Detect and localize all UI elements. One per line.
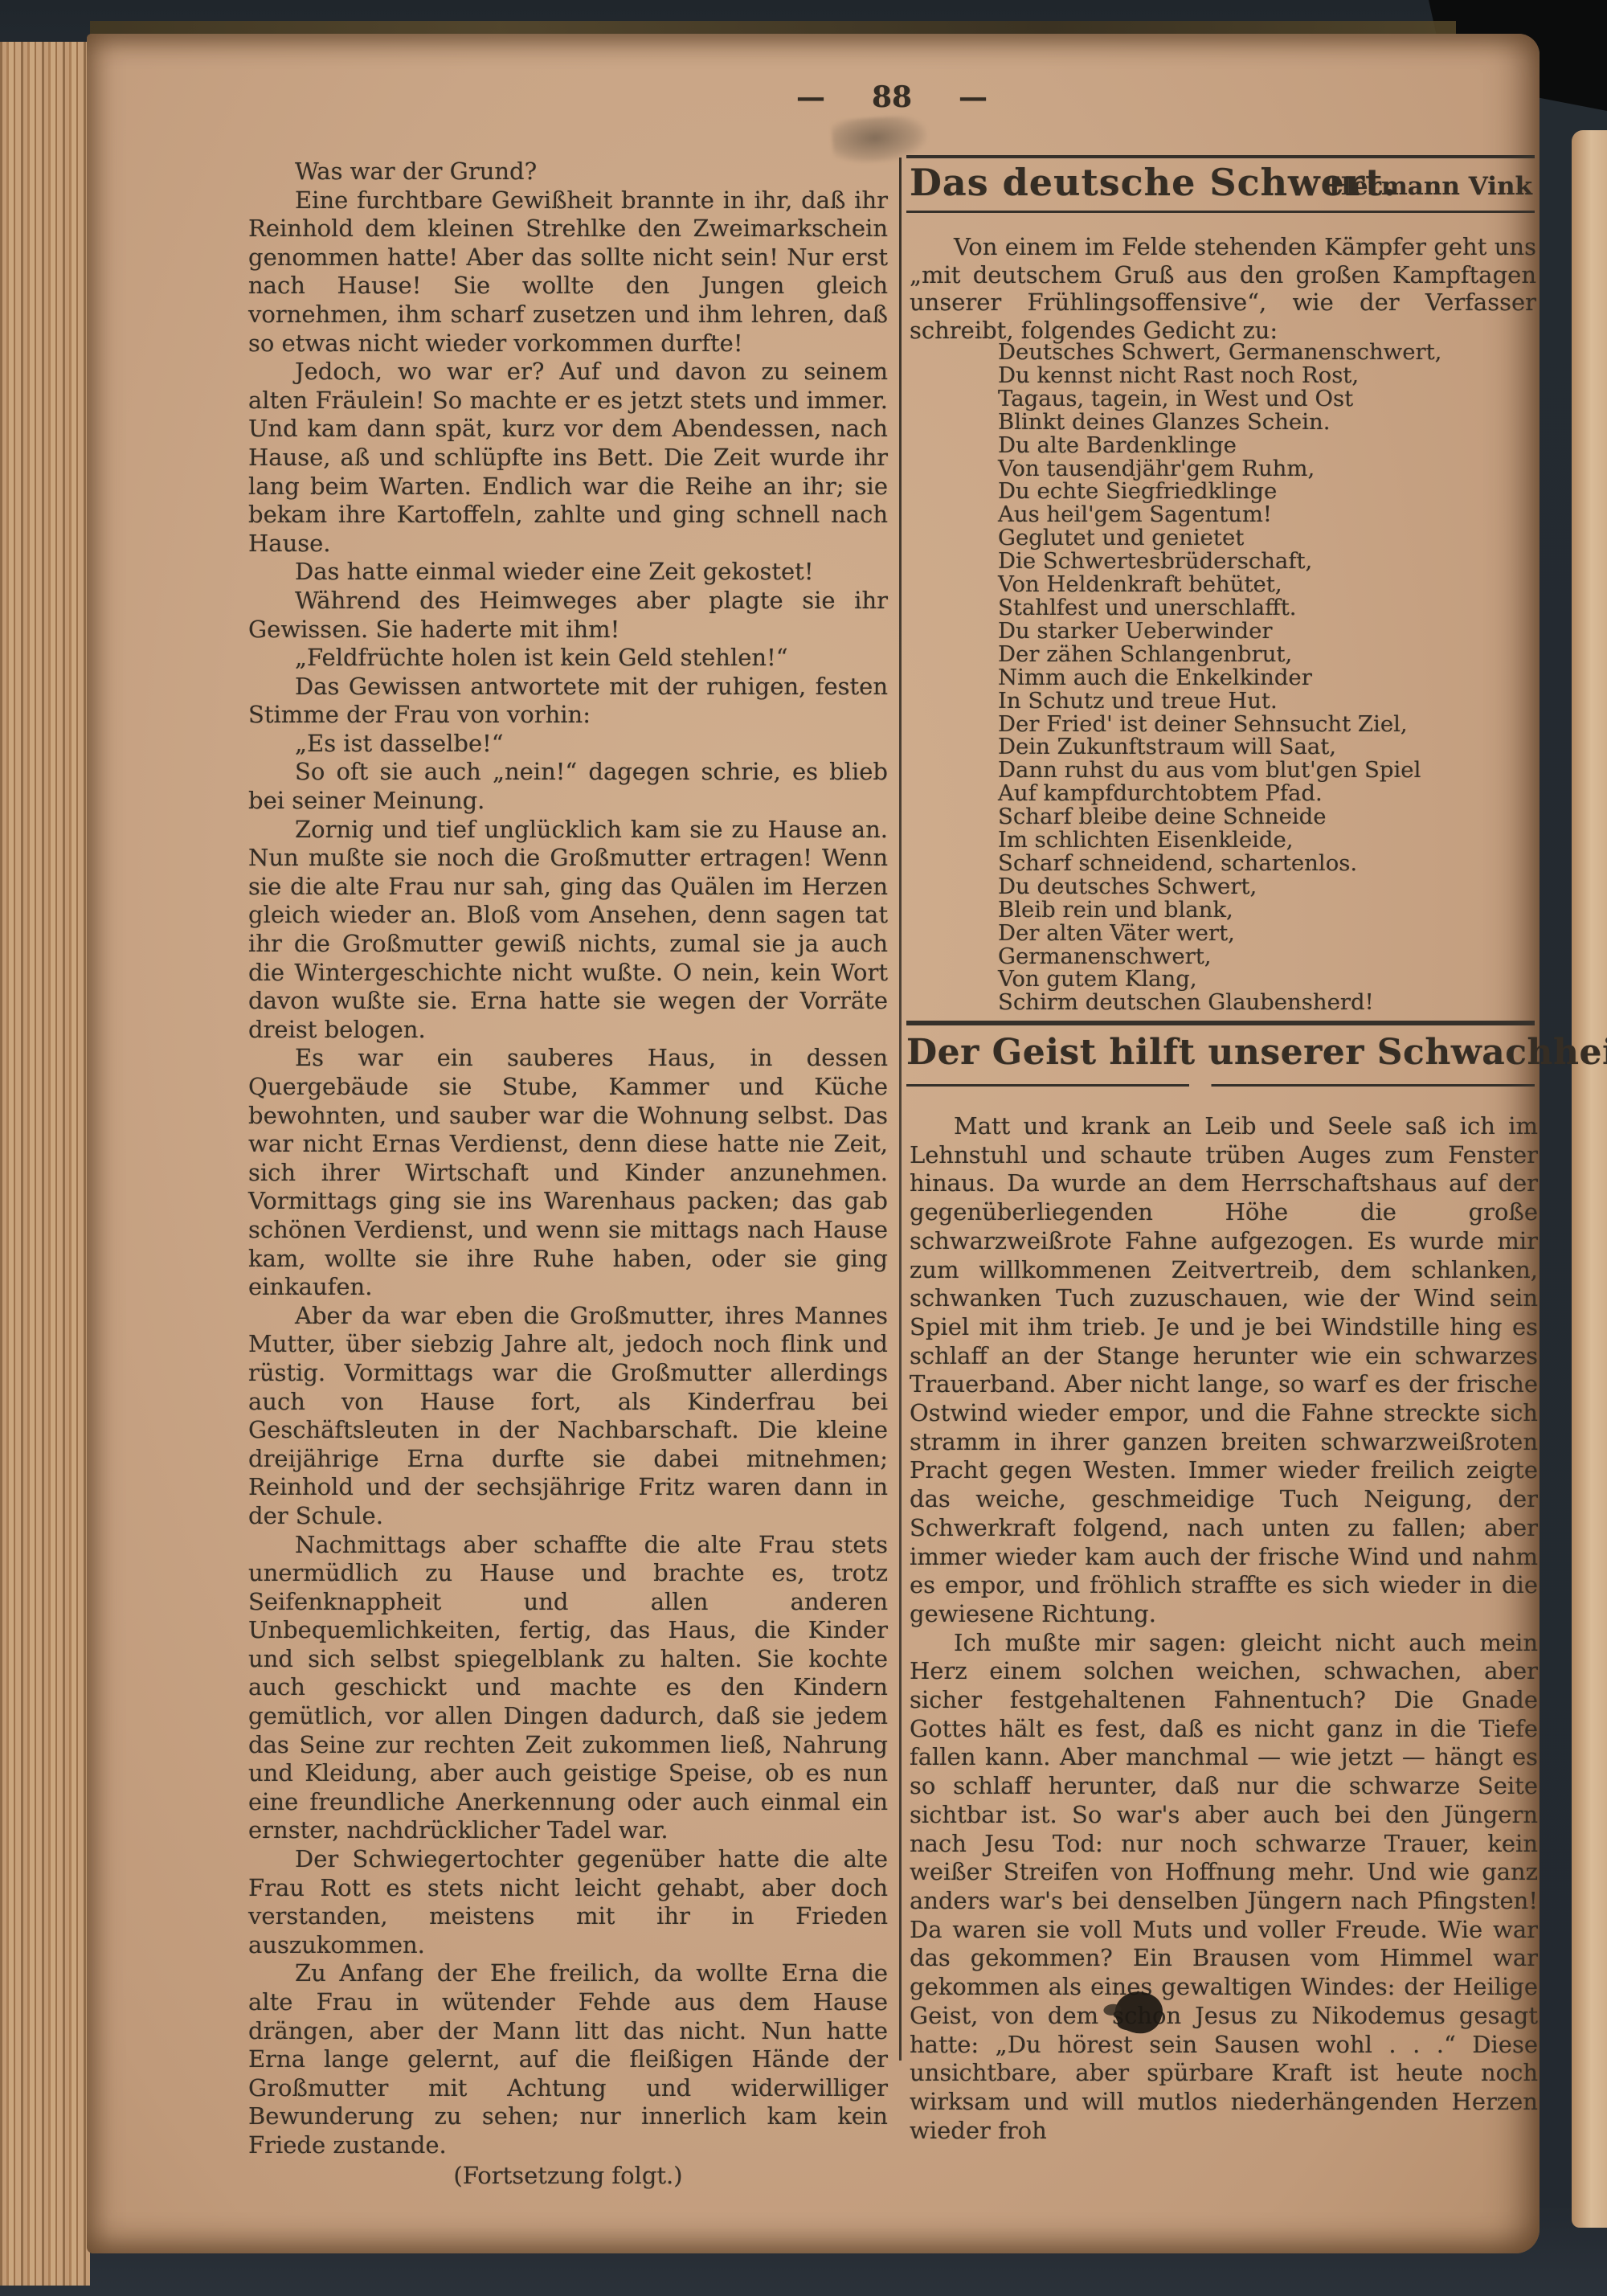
headline2-rule-top xyxy=(906,1021,1535,1025)
article2-paragraph: Matt und krank an Leib und Seele saß ich… xyxy=(910,1112,1538,1629)
article1-intro: Von einem im Felde stehenden Kämpfer geh… xyxy=(910,233,1536,344)
column-divider-rule xyxy=(899,158,902,2061)
adjacent-page-sliver xyxy=(1572,130,1607,2228)
story-paragraph: Aber da war eben die Großmutter, ihres M… xyxy=(248,1302,888,1531)
story-paragraph: Eine furchtbare Gewißheit brannte in ihr… xyxy=(248,186,888,358)
story-paragraph: So oft sie auch „nein!“ dagegen schrie, … xyxy=(248,758,888,815)
story-paragraph: Was war der Grund? xyxy=(248,158,888,186)
story-paragraph: „Feldfrüchte holen ist kein Geld stehlen… xyxy=(248,644,888,673)
headline-rule-bottom xyxy=(906,211,1535,213)
headline2-rule-bottom xyxy=(906,1084,1535,1087)
story-paragraph: Das hatte einmal wieder eine Zeit gekost… xyxy=(248,558,888,587)
story-paragraph: Zu Anfang der Ehe freilich, da wollte Er… xyxy=(248,1959,888,2159)
continuation-note: (Fortsetzung folgt.) xyxy=(248,2162,888,2191)
scanned-book-photo: — 88 — Was war der Grund? Eine furchtbar… xyxy=(0,0,1607,2296)
book-cover-edge xyxy=(90,21,1456,34)
story-paragraph: Der Schwiegertochter gegenüber hatte die… xyxy=(248,1845,888,1959)
article2-paragraph: Ich mußte mir sagen: gleicht nicht auch … xyxy=(910,1629,1538,2146)
page-number: — 88 — xyxy=(755,80,1028,114)
article2-body: Matt und krank an Leib und Seele saß ich… xyxy=(910,1112,1538,2145)
story-paragraph: Zornig und tief unglücklich kam sie zu H… xyxy=(248,816,888,1045)
story-paragraph: Während des Heimweges aber plagte sie ih… xyxy=(248,587,888,644)
story-paragraph: Es war ein sauberes Haus, in dessen Quer… xyxy=(248,1044,888,1301)
story-paragraph: Nachmittags aber schaffte die alte Frau … xyxy=(248,1531,888,1846)
article2-title: Der Geist hilft unserer Schwachheit auf. xyxy=(906,1032,1541,1073)
story-column: Was war der Grund? Eine furchtbare Gewiß… xyxy=(248,158,888,2190)
story-paragraph: Jedoch, wo war er? Auf und davon zu sein… xyxy=(248,358,888,558)
article1-intro-text: Von einem im Felde stehenden Kämpfer geh… xyxy=(910,233,1536,344)
page-number-dash-right: — xyxy=(959,80,988,114)
page-number-value: 88 xyxy=(872,80,912,114)
poem-text: Deutsches Schwert, Germanenschwert, Du k… xyxy=(998,341,1528,1014)
story-paragraph: Das Gewissen antwortete mit der ruhigen,… xyxy=(248,673,888,730)
page-number-dash-left: — xyxy=(796,80,825,114)
page-stack-edge xyxy=(0,42,90,2286)
story-paragraph: „Es ist dasselbe!“ xyxy=(248,730,888,759)
article1-author: Hermann Vink xyxy=(1249,172,1532,201)
headline-rule-top xyxy=(906,155,1535,158)
